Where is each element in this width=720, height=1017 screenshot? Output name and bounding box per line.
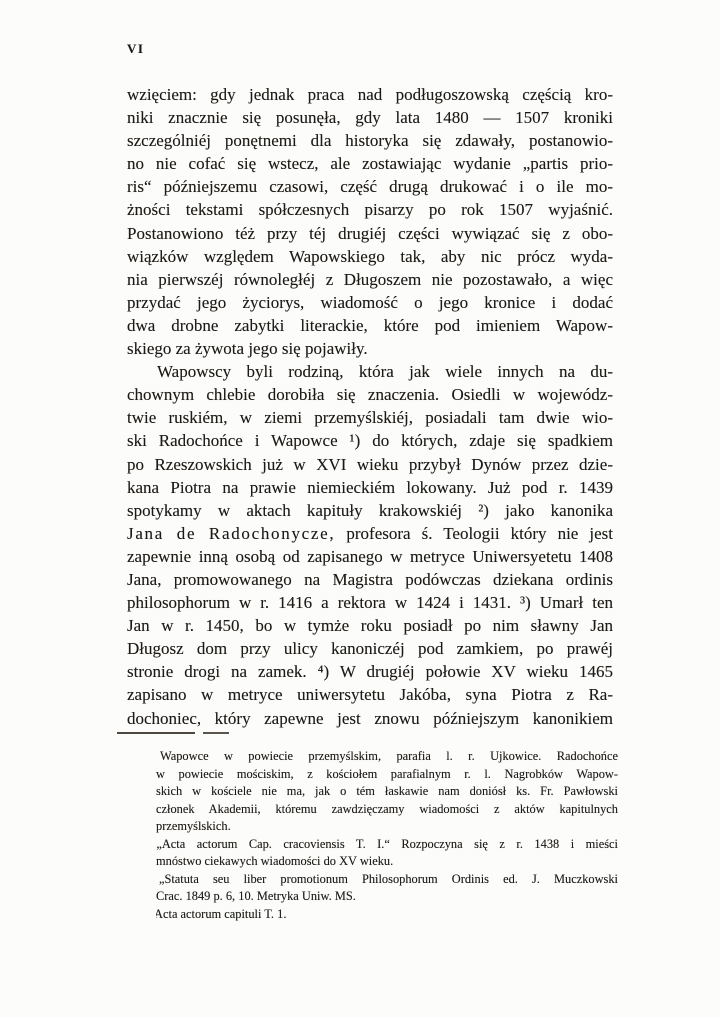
- body-line: Jana, promowowanego na Magistra podówcza…: [127, 568, 613, 591]
- footnote-separator-rule: [117, 732, 232, 734]
- footnote-text: „Acta actorum Cap. cracoviensis T. I.“ R…: [156, 837, 618, 851]
- footnote-text: Wapowce w powiecie przemyślskim, parafia…: [160, 749, 618, 763]
- footnote-line: ²) „Acta actorum Cap. cracoviensis T. I.…: [156, 836, 618, 854]
- footnote-line: przemyślskich.: [156, 818, 618, 836]
- body-line: twie ruskiém, w ziemi przemyślskiéj, pos…: [127, 406, 613, 429]
- footnote-text: „Acta actorum capituli T. 1.: [156, 907, 286, 921]
- footnote-line: skich w kościele nie ma, jak o tém łaska…: [156, 783, 618, 801]
- footnote-line: Crac. 1849 p. 6, 10. Metryka Uniw. MS.: [156, 888, 618, 906]
- body-line: ris“ późniejszemu czasowi, część drugą d…: [127, 175, 613, 198]
- body-line: przydać jego życiorys, wiadomość o jego …: [127, 291, 613, 314]
- footnote-line: ³) „Statuta seu liber promotionum Philos…: [156, 871, 618, 889]
- footnotes-block: ¹) Wapowce w powiecie przemyślskim, para…: [156, 748, 618, 923]
- footnote-line: członek Akademii, któremu zawdzięczamy w…: [156, 801, 618, 819]
- body-line: żności tekstami spółczesnych pisarzy po …: [127, 198, 613, 221]
- body-line: niki znacznie się posunęła, gdy lata 148…: [127, 106, 613, 129]
- body-line: dochoniec, który zapewne jest znowu późn…: [127, 707, 613, 730]
- body-line: skiego za żywota jego się pojawiły.: [127, 337, 613, 360]
- body-line: stronie drogi na zamek. ⁴) W drugiéj poł…: [127, 660, 613, 683]
- footnote-line: ⁴) „Acta actorum capituli T. 1.: [156, 906, 618, 924]
- body-line: Wapowscy byli rodziną, która jak wiele i…: [127, 360, 613, 383]
- body-line: zapisano w metryce uniwersytetu Jakóba, …: [127, 683, 613, 706]
- body-line: kana Piotra na prawie niemieckiém lokowa…: [127, 476, 613, 499]
- body-line-letterspaced: Jana de Radochonycze, profesora ś. Teolo…: [127, 522, 613, 545]
- body-line: Jan w r. 1450, bo w tymże roku posiadł p…: [127, 614, 613, 637]
- letterspaced-name: Jana de Radochonycze,: [127, 524, 335, 543]
- page-number: VI: [127, 41, 144, 57]
- footnote-line: w powiecie mościskim, z kościołem parafi…: [156, 766, 618, 784]
- body-line: po Rzeszowskich już w XVI wieku przybył …: [127, 453, 613, 476]
- body-text-block: wzięciem: gdy jednak praca nad podługosz…: [127, 83, 613, 730]
- body-line: wzięciem: gdy jednak praca nad podługosz…: [127, 83, 613, 106]
- footnote-line: ¹) Wapowce w powiecie przemyślskim, para…: [156, 748, 618, 766]
- footnote-line: mnóstwo ciekawych wiadomości do XV wieku…: [156, 853, 618, 871]
- body-line: chownym chlebie dorobiła się znaczenia. …: [127, 383, 613, 406]
- body-line: szczególniéj ponętnemi dla historyka się…: [127, 129, 613, 152]
- body-line: philosophorum w r. 1416 a rektora w 1424…: [127, 591, 613, 614]
- body-line: zapewnie inną osobą od zapisanego w metr…: [127, 545, 613, 568]
- body-line: Długosz dom przy ulicy kanoniczéj pod za…: [127, 637, 613, 660]
- body-line: dwa drobne zabytki literackie, które pod…: [127, 314, 613, 337]
- body-line: nia pierwszéj równoległéj z Długoszem ni…: [127, 268, 613, 291]
- footnote-text: „Statuta seu liber promotionum Philosoph…: [159, 872, 618, 886]
- body-line: wiązków względem Wapowskiego tak, aby ni…: [127, 245, 613, 268]
- body-line: no nie cofać się wstecz, ale zostawiając…: [127, 152, 613, 175]
- body-line: Postanowiono téż przy téj drugiéj części…: [127, 222, 613, 245]
- body-line: ski Radochońce i Wapowce ¹) do których, …: [127, 429, 613, 452]
- body-line: spotykamy w aktach kapituły krakowskiéj …: [127, 499, 613, 522]
- line-remainder: profesora ś. Teologii który nie jest: [346, 524, 613, 543]
- scanned-book-page: VI wzięciem: gdy jednak praca nad podług…: [0, 0, 720, 1017]
